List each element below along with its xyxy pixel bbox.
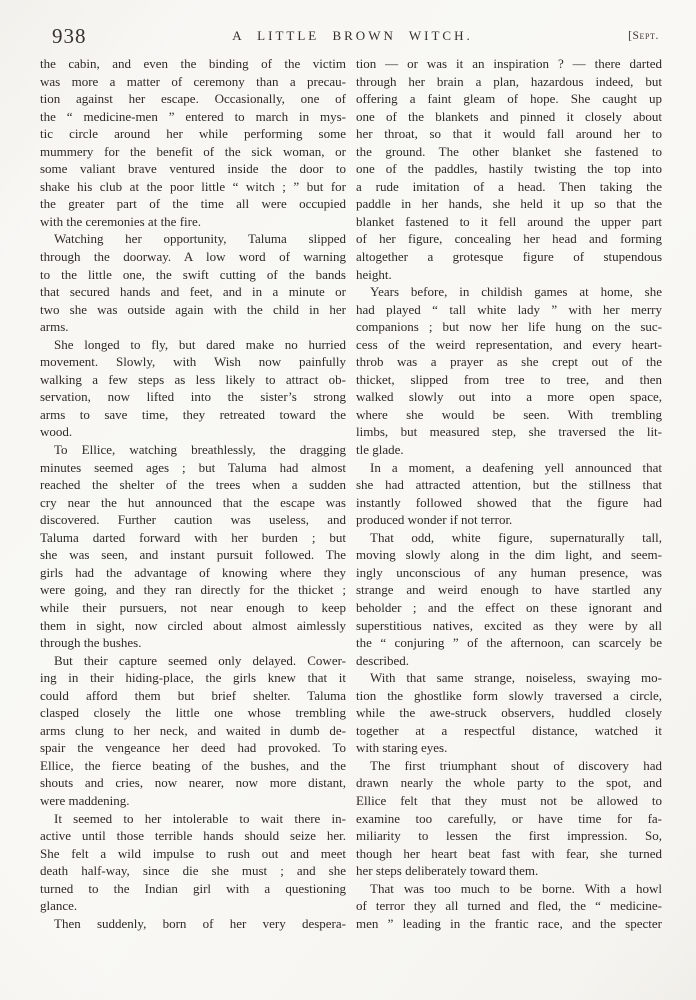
text-line: the greater part of the time all were oc… — [40, 195, 346, 213]
text-line: strange and weird enough to have startle… — [356, 581, 662, 599]
text-line: of terror they all turned and fled, the … — [356, 897, 662, 915]
paragraph: That was too much to be borne. With a ho… — [356, 880, 662, 933]
text-line: The first triumphant shout of discovery … — [356, 757, 662, 775]
paragraph: That odd, white figure, supernaturally t… — [356, 529, 662, 669]
text-line: That was too much to be borne. With a ho… — [356, 880, 662, 898]
paragraph: Watching her opportunity, Taluma slipped… — [40, 230, 346, 335]
text-line: walked slowly out into a more open space… — [356, 388, 662, 406]
text-line: To Ellice, watching breathlessly, the dr… — [40, 441, 346, 459]
text-line: servation, now lifted into the sister’s … — [40, 388, 346, 406]
paragraph: the cabin, and even the binding of the v… — [40, 55, 346, 230]
text-line: minutes seemed ages ; but Taluma had alm… — [40, 459, 346, 477]
text-line: offering a faint gleam of hope. She caug… — [356, 90, 662, 108]
text-line: the “ medicine-men ” entered to march in… — [40, 108, 346, 126]
text-line: her steps deliberately toward them. — [356, 862, 662, 880]
text-line: her throat, so that it would fall around… — [356, 125, 662, 143]
text-line: tion — or was it an inspiration ? — ther… — [356, 55, 662, 73]
text-line: blanket fastened to it fell around the u… — [356, 213, 662, 231]
text-line: miliarity to lessen the first impression… — [356, 827, 662, 845]
text-line: In a moment, a deafening yell announced … — [356, 459, 662, 477]
issue-date-label: [Sept. — [628, 30, 659, 42]
paragraph: The first triumphant shout of discovery … — [356, 757, 662, 880]
text-line: That odd, white figure, supernaturally t… — [356, 529, 662, 547]
text-line: walking a few steps as less likely to at… — [40, 371, 346, 389]
text-line: the “ conjuring ” of the afternoon, can … — [356, 634, 662, 652]
text-line: instantly followed showed that the figur… — [356, 494, 662, 512]
text-line: Then suddenly, born of her very despera- — [40, 915, 346, 933]
text-line: one of the blankets and pinned it closel… — [356, 108, 662, 126]
text-line: shouts and cries, now nearer, now more d… — [40, 774, 346, 792]
text-line: men ” leading in the frantic race, and t… — [356, 915, 662, 933]
text-line: cry near the hut announced that the esca… — [40, 494, 346, 512]
text-line: mummery for the benefit of the sick woma… — [40, 143, 346, 161]
text-line: one of the paddles, hastily twisting the… — [356, 160, 662, 178]
text-line: the ground. The other blanket she fasten… — [356, 143, 662, 161]
text-line: tion the ghostlike form slowly traversed… — [356, 687, 662, 705]
text-line: But their capture seemed only delayed. C… — [40, 652, 346, 670]
text-line: shake his club at the poor little “ witc… — [40, 178, 346, 196]
text-line: drawn nearly the whole party to the spot… — [356, 774, 662, 792]
text-line: Ellice felt that they must not be allowe… — [356, 792, 662, 810]
text-line: throb was a prayer as she crept out of t… — [356, 353, 662, 371]
text-line: cess of the weird representation, and ev… — [356, 336, 662, 354]
text-line: paddle in her hands, she held it up so t… — [356, 195, 662, 213]
text-line: that secured hands and feet, and in a mi… — [40, 283, 346, 301]
text-line: arms clung to her neck, and waited in du… — [40, 722, 346, 740]
text-line: tic circle around her while performing s… — [40, 125, 346, 143]
text-line: examine too carefully, or have time for … — [356, 810, 662, 828]
text-line: wood. — [40, 423, 346, 441]
text-line: height. — [356, 266, 662, 284]
text-line: where she would be seen. With trembling — [356, 406, 662, 424]
paragraph: She longed to fly, but dared make no hur… — [40, 336, 346, 441]
text-line: had played “ tall white lady ” with her … — [356, 301, 662, 319]
text-line: superstitious natives, excited as they w… — [356, 617, 662, 635]
paragraph: Then suddenly, born of her very despera- — [40, 915, 346, 933]
text-line: though her heart beat fast with fear, sh… — [356, 845, 662, 863]
text-line: Ellice, the fierce beating of the bushes… — [40, 757, 346, 775]
text-line: produced wonder if not terror. — [356, 511, 662, 529]
text-line: of her figure, concealing her head and f… — [356, 230, 662, 248]
running-title: A LITTLE BROWN WITCH. — [40, 28, 665, 44]
text-line: described. — [356, 652, 662, 670]
text-line: Years before, in childish games at home,… — [356, 283, 662, 301]
text-line: with the ceremonies at the fire. — [40, 213, 346, 231]
text-line: a rude imitation of a head. Then taking … — [356, 178, 662, 196]
text-line: She felt a wild impulse to rush out and … — [40, 845, 346, 863]
text-line: thicket, slipped from tree to tree, and … — [356, 371, 662, 389]
text-line: through the bushes. — [40, 634, 346, 652]
text-line: With that same strange, noiseless, swayi… — [356, 669, 662, 687]
text-line: with staring eyes. — [356, 739, 662, 757]
text-line: were maddening. — [40, 792, 346, 810]
text-line: altogether a grotesque figure of stupend… — [356, 248, 662, 266]
paragraph: But their capture seemed only delayed. C… — [40, 652, 346, 810]
text-line: them in sight, now circled about almost … — [40, 617, 346, 635]
text-line: She longed to fly, but dared make no hur… — [40, 336, 346, 354]
text-line: glance. — [40, 897, 346, 915]
paragraph: In a moment, a deafening yell announced … — [356, 459, 662, 529]
text-line: ing in their hiding-place, the girls kne… — [40, 669, 346, 687]
text-line: clasped closely the little one whose tre… — [40, 704, 346, 722]
text-line: to the little one, the swift cutting of … — [40, 266, 346, 284]
text-line: through her brain a plan, hazardous inde… — [356, 73, 662, 91]
text-line: Taluma darted forward with her burden ; … — [40, 529, 346, 547]
text-line: tion against her escape. Occasionally, o… — [40, 90, 346, 108]
text-line: while the awe-struck observers, huddled … — [356, 704, 662, 722]
text-line: turned to the Indian girl with a questio… — [40, 880, 346, 898]
text-line: was more a matter of ceremony than a pre… — [40, 73, 346, 91]
text-line: ingly unconscious of any human presence,… — [356, 564, 662, 582]
text-line: two she was outside again with the child… — [40, 301, 346, 319]
paragraph: Years before, in childish games at home,… — [356, 283, 662, 458]
text-line: girls had the advantage of knowing where… — [40, 564, 346, 582]
text-line: the cabin, and even the binding of the v… — [40, 55, 346, 73]
text-line: reached the shelter of the trees when a … — [40, 476, 346, 494]
text-line: were going, and they ran directly for th… — [40, 581, 346, 599]
text-line: she had attracted attention, but the sti… — [356, 476, 662, 494]
text-line: active until those terrible hands should… — [40, 827, 346, 845]
paragraph: It seemed to her intolerable to wait the… — [40, 810, 346, 915]
text-line: It seemed to her intolerable to wait the… — [40, 810, 346, 828]
text-line: moving slowly along in the dim light, an… — [356, 546, 662, 564]
text-line: together at a respectful distance, watch… — [356, 722, 662, 740]
paragraph: tion — or was it an inspiration ? — ther… — [356, 55, 662, 283]
page-header: 938 A LITTLE BROWN WITCH. [Sept. — [40, 24, 665, 50]
text-line: limbs, but measured step, she traversed … — [356, 423, 662, 441]
text-line: Watching her opportunity, Taluma slipped — [40, 230, 346, 248]
book-page: 938 A LITTLE BROWN WITCH. [Sept. the cab… — [0, 0, 696, 1000]
text-line: through the doorway. A low word of warni… — [40, 248, 346, 266]
text-line: while their pursuers, not near enough to… — [40, 599, 346, 617]
paragraph: With that same strange, noiseless, swayi… — [356, 669, 662, 757]
text-line: movement. Slowly, with Wish now painfull… — [40, 353, 346, 371]
text-body: the cabin, and even the binding of the v… — [40, 55, 662, 932]
text-line: discovered. Further caution was useless,… — [40, 511, 346, 529]
text-line: spair the vengeance her deed had provoke… — [40, 739, 346, 757]
text-column-right: tion — or was it an inspiration ? — ther… — [356, 55, 662, 932]
text-line: companions ; but now her life hung on th… — [356, 318, 662, 336]
text-line: she was seen, and instant pursuit follow… — [40, 546, 346, 564]
text-line: tle glade. — [356, 441, 662, 459]
text-line: beholder ; and the effect on these ignor… — [356, 599, 662, 617]
text-line: could afford them but brief shelter. Tal… — [40, 687, 346, 705]
text-line: arms to save time, they retreated toward… — [40, 406, 346, 424]
paragraph: To Ellice, watching breathlessly, the dr… — [40, 441, 346, 652]
text-line: arms. — [40, 318, 346, 336]
text-line: some valiant brave ventured inside the d… — [40, 160, 346, 178]
text-column-left: the cabin, and even the binding of the v… — [40, 55, 346, 932]
text-line: death half-way, since die she must ; and… — [40, 862, 346, 880]
